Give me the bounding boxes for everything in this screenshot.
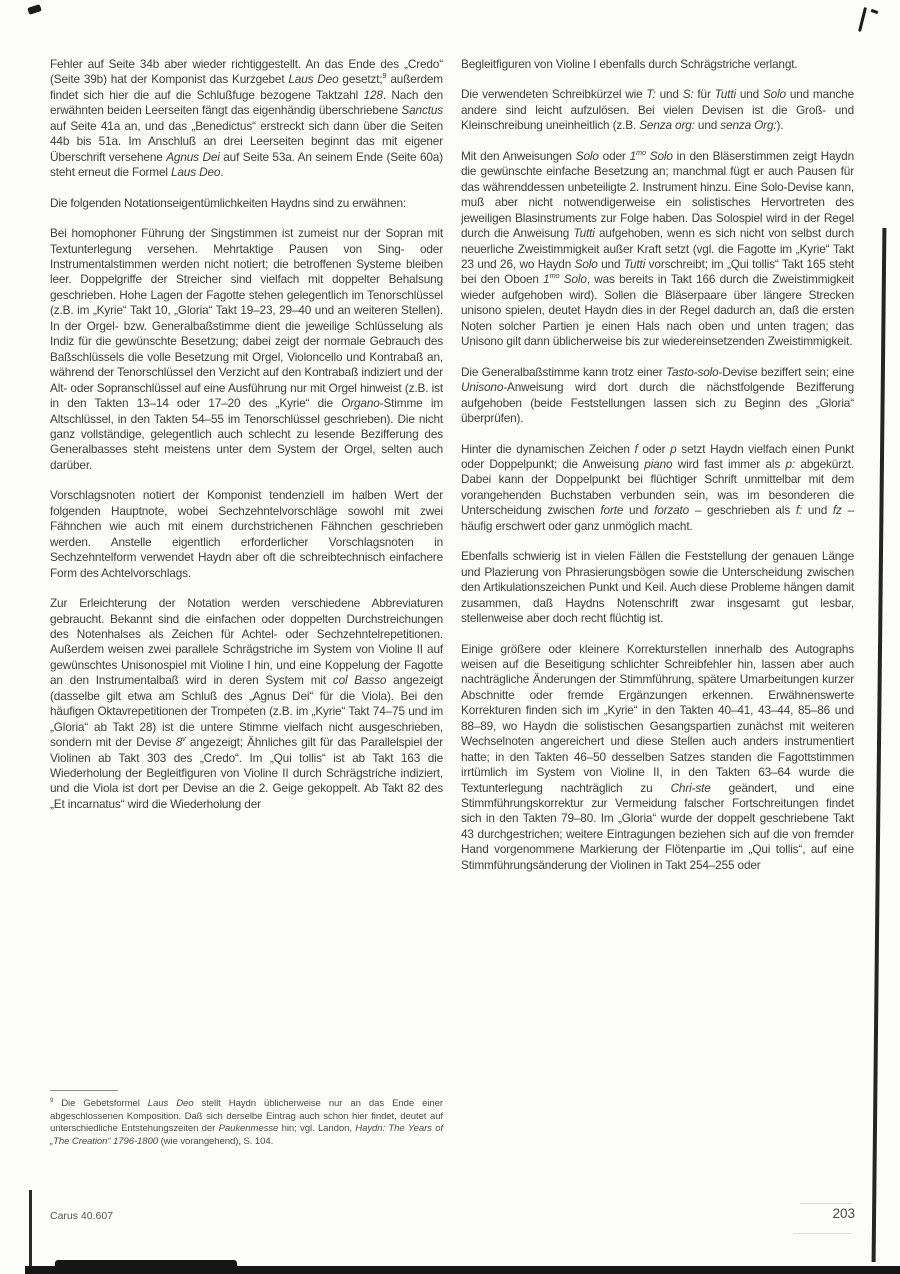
paragraph: Die Generalbaßstimme kann trotz einer Ta… [461, 365, 854, 427]
paragraph: Begleitfiguren von Violine I ebenfalls d… [461, 57, 854, 72]
footnote: 9 Die Gebetsformel Laus Deo stellt Haydn… [50, 1098, 443, 1148]
paragraph: Bei homophoner Führung der Singstimmen i… [50, 226, 443, 473]
paragraph: Einige größere oder kleinere Korrekturst… [461, 642, 854, 874]
left-column: Fehler auf Seite 34b aber wieder richtig… [50, 57, 443, 827]
paragraph: Vorschlagsnoten notiert der Komponist te… [50, 488, 443, 581]
paragraph: Zur Erleichterung der Notation werden ve… [50, 596, 443, 812]
paragraph: Hinter die dynamischen Zeichen f oder p … [461, 442, 854, 535]
scan-artifact-top-right [858, 7, 867, 32]
page-number-rule-bottom [793, 1233, 851, 1234]
page-number-rule-top [800, 1203, 852, 1204]
scan-artifact-top-left [27, 4, 42, 15]
paragraph: Die folgenden Notationseigentümlichkeite… [50, 196, 443, 211]
page-number: 203 [832, 1206, 855, 1221]
edition-number: Carus 40.607 [50, 1210, 113, 1222]
book-page: Fehler auf Seite 34b aber wieder richtig… [0, 0, 900, 1274]
paragraph: Ebenfalls schwierig ist in vielen Fällen… [461, 549, 854, 626]
scan-artifact-bottom-edge [25, 1266, 900, 1274]
footnote-separator [50, 1090, 118, 1091]
scan-artifact-left-edge [29, 1190, 32, 1268]
scan-artifact-top-right-tick [871, 9, 879, 14]
paragraph: Mit den Anweisungen Solo oder 1mo Solo i… [461, 149, 854, 350]
paragraph: Fehler auf Seite 34b aber wieder richtig… [50, 57, 443, 181]
paragraph: Die verwendeten Schreibkürzel wie T: und… [461, 87, 854, 133]
right-column: Begleitfiguren von Violine I ebenfalls d… [461, 57, 854, 888]
scan-artifact-right-edge [872, 228, 887, 1262]
